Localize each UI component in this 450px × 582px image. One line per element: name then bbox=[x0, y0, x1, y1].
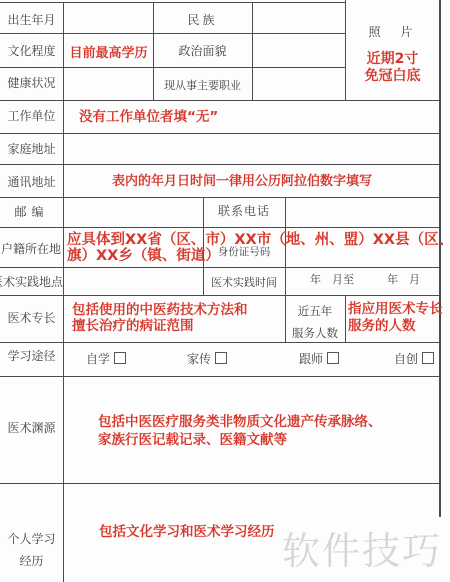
row-label-practice-location: 医术实践地点 bbox=[0, 276, 64, 289]
field-label-occupation: 现从事主要职业 bbox=[153, 79, 252, 92]
field-label-ethnicity: 民族 bbox=[153, 14, 252, 27]
option-self-study-label: 自学 bbox=[86, 352, 110, 366]
note-origin: 包括中医医疗服务类非物质文化遗产传承脉络、 家族行医记载记录、医籍文献等 bbox=[98, 414, 382, 449]
note-specialty-line1: 包括使用的中医药技术方法和 bbox=[72, 302, 248, 318]
note-origin-line1: 包括中医医疗服务类非物质文化遗产传承脉络、 bbox=[98, 414, 382, 432]
row-label-personal-study-line2: 经历 bbox=[0, 550, 63, 572]
grid-line bbox=[0, 164, 441, 165]
photo-note-line2: 免冠白底 bbox=[345, 68, 440, 85]
option-self-study: 自学 bbox=[86, 350, 126, 367]
cell-phone-input[interactable] bbox=[286, 199, 438, 225]
note-education: 目前最高学历 bbox=[63, 46, 154, 63]
grid-line bbox=[0, 67, 346, 68]
note-specialty: 包括使用的中医药技术方法和 擅长治疗的病证范围 bbox=[72, 302, 248, 334]
cell-home-address-input[interactable] bbox=[64, 135, 439, 162]
note-household-registration: 应具体到XX省（区、市）XX市（地、州、盟）XX县（区、 旗）XX乡（镇、街道） bbox=[67, 232, 450, 264]
checkbox-family-tradition[interactable] bbox=[215, 352, 227, 364]
row-label-personal-study: 个人学习 经历 bbox=[0, 528, 63, 572]
row-label-education: 文化程度 bbox=[0, 45, 63, 58]
registration-form-table: 出生年月 文化程度 健康状况 工作单位 家庭地址 通讯地址 邮编 户籍所在地 医… bbox=[0, 0, 450, 582]
note-household-registration-line2: 旗）XX乡（镇、街道） bbox=[67, 248, 450, 264]
watermark-text: 软件技巧 bbox=[282, 520, 442, 575]
checkbox-self-study[interactable] bbox=[114, 352, 126, 364]
row-label-employer: 工作单位 bbox=[0, 110, 63, 123]
checkbox-apprenticeship[interactable] bbox=[327, 352, 339, 364]
row-label-home-address: 家庭地址 bbox=[0, 143, 63, 156]
grid-line bbox=[0, 100, 441, 101]
grid-line bbox=[0, 267, 441, 268]
row-label-origin: 医术渊源 bbox=[0, 422, 63, 435]
practice-period-text: 年 月至 年 月 bbox=[290, 273, 440, 286]
row-label-household-registration: 户籍所在地 bbox=[0, 243, 64, 256]
row-label-postal-code: 邮编 bbox=[0, 206, 63, 219]
note-specialty-line2: 擅长治疗的病证范围 bbox=[72, 318, 248, 334]
grid-line bbox=[0, 295, 441, 296]
row-label-learning-path: 学习途径 bbox=[0, 350, 63, 363]
field-label-served-count-line1: 近五年 bbox=[285, 300, 345, 322]
cell-postal-code-input[interactable] bbox=[64, 199, 202, 225]
photo-note: 近期2寸 免冠白底 bbox=[345, 51, 440, 85]
option-family-tradition: 家传 bbox=[187, 350, 227, 367]
note-personal-study: 包括文化学习和医术学习经历 bbox=[99, 524, 275, 541]
cell-occupation-input[interactable] bbox=[254, 69, 344, 98]
note-served-count: 指应用医术专长 服务的人数 bbox=[348, 301, 443, 334]
note-origin-line2: 家族行医记载记录、医籍文献等 bbox=[98, 432, 382, 450]
note-served-count-line1: 指应用医术专长 bbox=[348, 301, 443, 318]
option-family-tradition-label: 家传 bbox=[187, 352, 211, 366]
note-mailing-address: 表内的年月日时间一律用公历阿拉伯数字填写 bbox=[112, 174, 372, 191]
row-label-birth-date: 出生年月 bbox=[0, 14, 63, 27]
field-label-served-count: 近五年 服务人数 bbox=[285, 300, 345, 344]
note-household-registration-line1: 应具体到XX省（区、市）XX市（地、州、盟）XX县（区、 bbox=[67, 232, 450, 248]
field-label-served-count-line2: 服务人数 bbox=[285, 322, 345, 344]
note-served-count-line2: 服务的人数 bbox=[348, 318, 443, 335]
field-label-political-status: 政治面貌 bbox=[153, 45, 252, 58]
grid-line bbox=[345, 295, 346, 342]
cell-birth-date-input[interactable] bbox=[64, 4, 152, 32]
checkbox-self-created[interactable] bbox=[422, 352, 434, 364]
field-label-phone: 联系电话 bbox=[203, 205, 285, 218]
photo-note-line1: 近期2寸 bbox=[345, 51, 440, 68]
row-label-mailing-address: 通讯地址 bbox=[0, 176, 63, 189]
option-self-created-label: 自创 bbox=[394, 352, 418, 366]
field-label-practice-time: 医术实践时间 bbox=[203, 276, 285, 289]
row-label-health: 健康状况 bbox=[0, 77, 63, 90]
row-label-specialty: 医术专长 bbox=[0, 312, 63, 325]
option-apprenticeship-label: 跟师 bbox=[299, 352, 323, 366]
option-apprenticeship: 跟师 bbox=[299, 350, 339, 367]
photo-label: 照 片 bbox=[345, 26, 440, 39]
cell-health-input[interactable] bbox=[64, 69, 152, 98]
option-self-created: 自创 bbox=[394, 350, 434, 367]
cell-practice-location-input[interactable] bbox=[64, 269, 202, 294]
grid-line bbox=[0, 483, 441, 484]
grid-line bbox=[0, 342, 441, 343]
note-employer: 没有工作单位者填“无” bbox=[79, 109, 218, 126]
grid-line bbox=[0, 227, 441, 228]
cell-political-status-input[interactable] bbox=[254, 35, 344, 65]
grid-line bbox=[0, 376, 441, 377]
cell-ethnicity-input[interactable] bbox=[254, 4, 344, 32]
row-label-personal-study-line1: 个人学习 bbox=[0, 528, 63, 550]
